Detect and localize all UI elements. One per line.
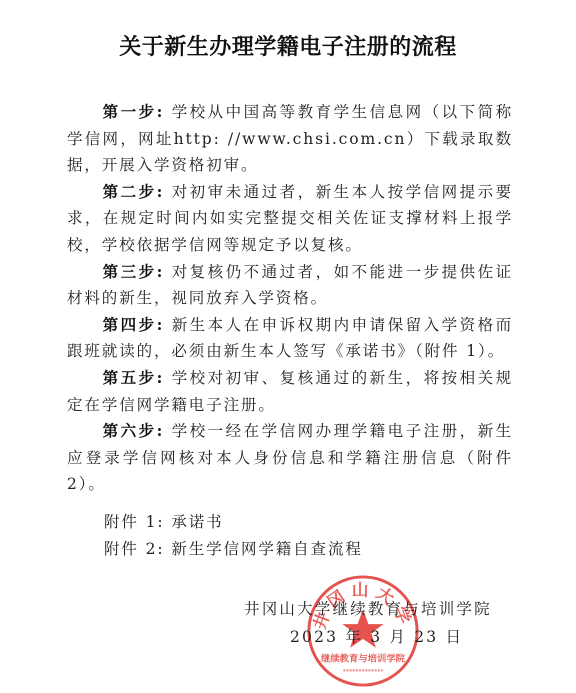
svg-text:继续教育与培训学院: 继续教育与培训学院 <box>321 652 406 664</box>
step-1-paragraph: 第一步: 学校从中国高等教育学生信息网（以下简称学信网，网址http: //ww… <box>67 99 513 179</box>
signature-block: 井冈山大学继续教育与培训学院 2023 年 3 月 23 日 <box>244 595 492 651</box>
step-1-label: 第一步: <box>103 102 165 121</box>
step-6-label: 第六步: <box>103 421 165 440</box>
step-2-label: 第二步: <box>103 182 165 201</box>
signature-date: 2023 年 3 月 23 日 <box>244 623 492 651</box>
document-title: 关于新生办理学籍电子注册的流程 <box>0 30 576 61</box>
step-5-paragraph: 第五步: 学校对初审、复核通过的新生，将按相关规定在学信网学籍电子注册。 <box>67 365 513 418</box>
step-5-label: 第五步: <box>103 368 165 387</box>
document-page: 关于新生办理学籍电子注册的流程 第一步: 学校从中国高等教育学生信息网（以下简称… <box>0 0 576 693</box>
step-3-paragraph: 第三步: 对复核仍不通过者，如不能进一步提供佐证材料的新生，视同放弃入学资格。 <box>67 259 513 312</box>
document-body: 第一步: 学校从中国高等教育学生信息网（以下简称学信网，网址http: //ww… <box>67 99 513 498</box>
step-6-paragraph: 第六步: 学校一经在学信网办理学籍电子注册，新生应登录学信网核对本人身份信息和学… <box>67 418 513 498</box>
step-4-label: 第四步: <box>103 315 165 334</box>
signature-organization: 井冈山大学继续教育与培训学院 <box>244 595 492 623</box>
attachment-1: 附件 1: 承诺书 <box>104 509 363 536</box>
attachment-2: 附件 2: 新生学信网学籍自查流程 <box>104 536 363 563</box>
step-3-label: 第三步: <box>103 262 165 281</box>
step-2-paragraph: 第二步: 对初审未通过者，新生本人按学信网提示要求，在规定时间内如实完整提交相关… <box>67 179 513 259</box>
attachments-list: 附件 1: 承诺书 附件 2: 新生学信网学籍自查流程 <box>104 509 363 563</box>
step-4-paragraph: 第四步: 新生本人在申诉权期内申请保留入学资格而跟班就读的，必须由新生本人签写《… <box>67 312 513 365</box>
